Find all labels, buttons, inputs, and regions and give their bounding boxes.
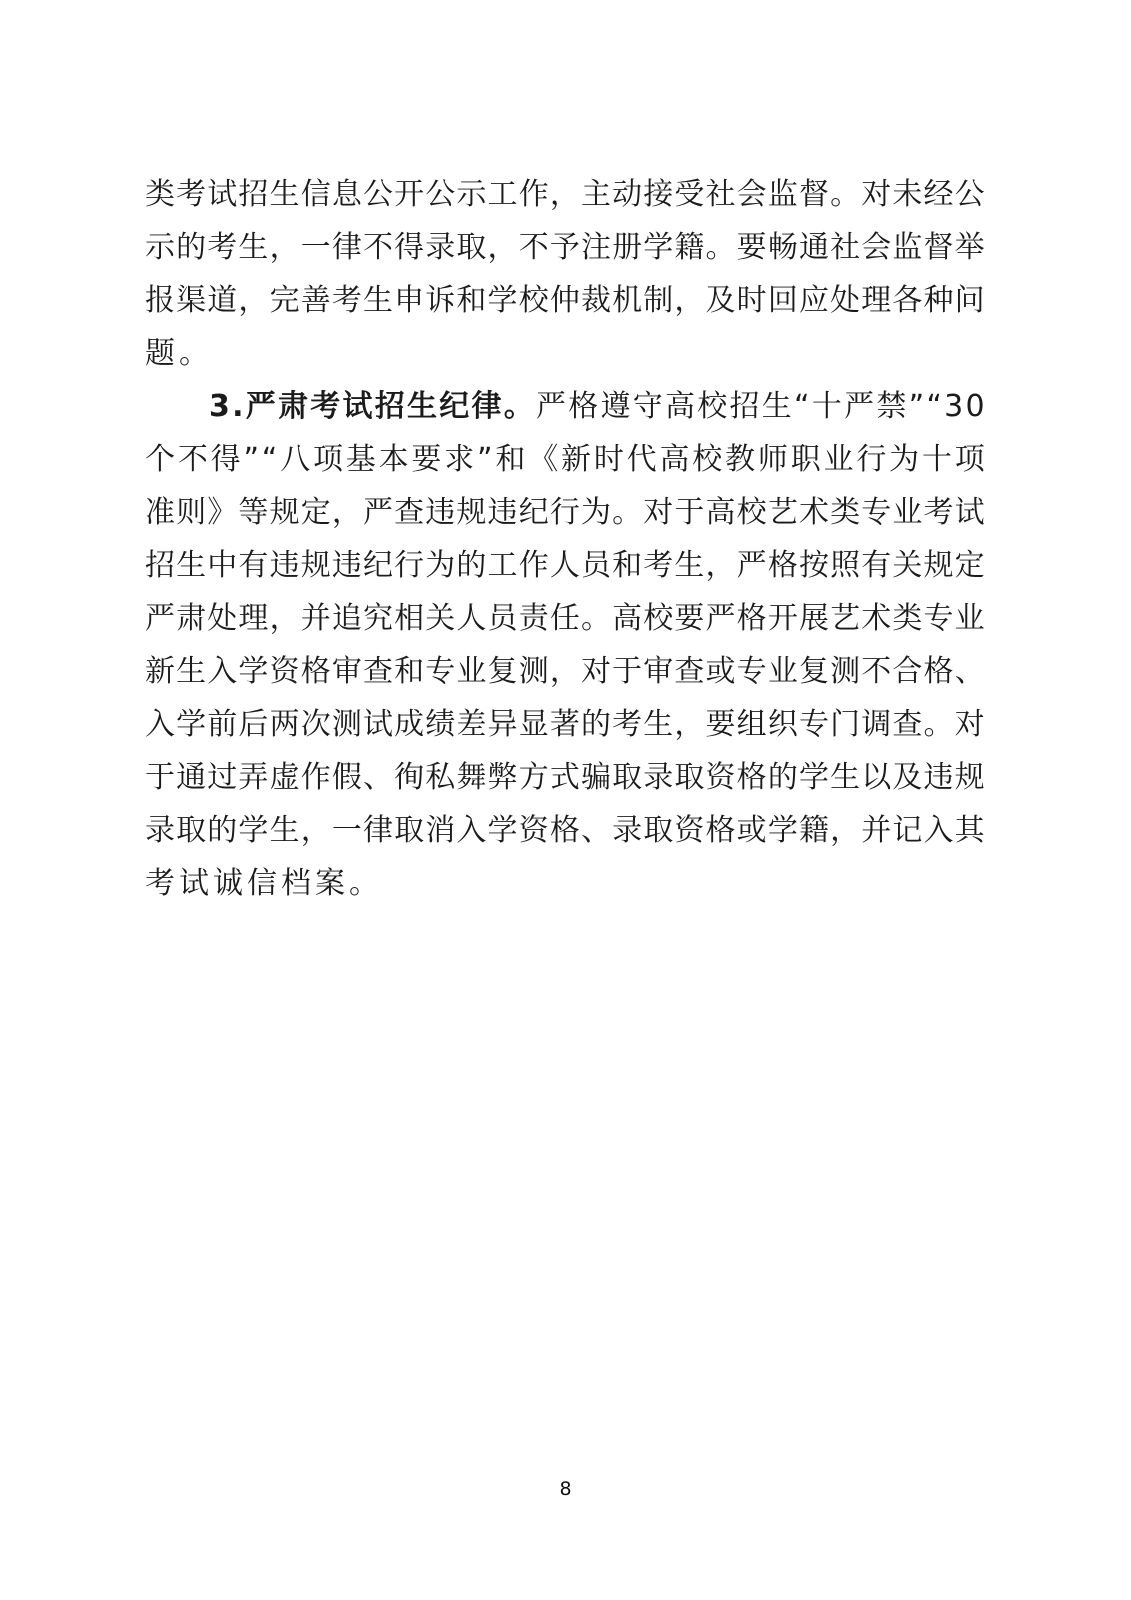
text-line: 题。 [145,327,985,380]
text-line: 示的考生，一律不得录取，不予注册学籍。要畅通社会监督举 [145,221,985,274]
text-line: 个不得”“八项基本要求”和《新时代高校教师职业行为十项 [145,433,985,486]
text-line: 入学前后两次测试成绩差异显著的考生，要组织专门调查。对 [145,698,985,751]
page-number: 8 [559,1478,571,1500]
text-line: 报渠道，完善考生申诉和学校仲裁机制，及时回应处理各种问 [145,274,985,327]
text-line: 严肃处理，并追究相关人员责任。高校要严格开展艺术类专业 [145,592,985,645]
document-page: 类考试招生信息公开公示工作，主动接受社会监督。对未经公示的考生，一律不得录取，不… [0,0,1131,1600]
text-line: 于通过弄虚作假、徇私舞弊方式骗取录取资格的学生以及违规 [145,751,985,804]
text-line: 录取的学生，一律取消入学资格、录取资格或学籍，并记入其 [145,804,985,857]
text-line: 新生入学资格审查和专业复测，对于审查或专业复测不合格、 [145,645,985,698]
text-line: 招生中有违规违纪行为的工作人员和考生，严格按照有关规定 [145,539,985,592]
page-number-footer: 8 [0,1478,1131,1500]
text-line: 考试诚信档案。 [145,857,985,910]
text-line: 3.严肃考试招生纪律。严格遵守高校招生“十严禁”“30 [145,380,985,433]
text-line: 类考试招生信息公开公示工作，主动接受社会监督。对未经公 [145,168,985,221]
document-lines: 类考试招生信息公开公示工作，主动接受社会监督。对未经公示的考生，一律不得录取，不… [145,168,985,910]
text-line: 准则》等规定，严查违规违纪行为。对于高校艺术类专业考试 [145,486,985,539]
